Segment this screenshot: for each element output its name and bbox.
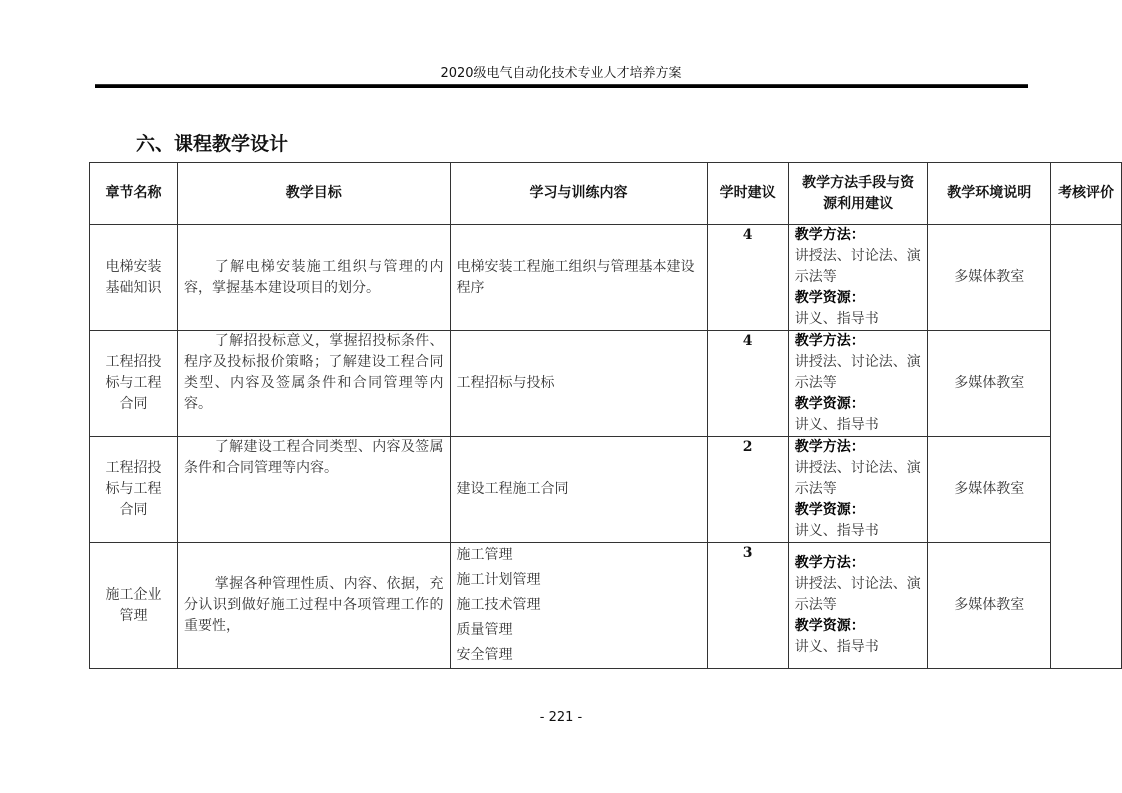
resource-value: 讲义、指导书	[795, 521, 922, 542]
section-title: 六、课程教学设计	[136, 129, 288, 156]
chapter-name-cell: 工程招投标与工程合同	[90, 437, 178, 543]
evaluation-cell	[1051, 225, 1122, 669]
table-row: 施工企业管理 掌握各种管理性质、内容、依据，充分认识到做好施工过程中各项管理工作…	[90, 543, 1122, 669]
method-label: 教学方法：	[795, 331, 922, 352]
resource-label: 教学资源：	[795, 394, 922, 415]
method-cell: 教学方法： 讲授法、讨论法、演示法等 教学资源： 讲义、指导书	[788, 543, 928, 669]
chapter-name-cell: 电梯安装基础知识	[90, 225, 178, 331]
goal-text: 掌握各种管理性质、内容、依据，充分认识到做好施工过程中各项管理工作的重要性，	[184, 574, 444, 637]
goal-text: 了解招投标意义，掌握招投标条件、程序及投标报价策略；了解建设工程合同类型、内容及…	[184, 331, 444, 415]
column-header-content: 学习与训练内容	[450, 163, 707, 225]
content-cell: 工程招标与投标	[450, 331, 707, 437]
content-item: 安全管理	[457, 643, 701, 668]
method-label: 教学方法：	[795, 225, 922, 246]
content-item: 施工技术管理	[457, 593, 701, 618]
course-design-table: 章节名称 教学目标 学习与训练内容 学时建议 教学方法手段与资源利用建议 教学环…	[89, 162, 1122, 669]
header-divider	[95, 84, 1028, 88]
goal-cell: 了解建设工程合同类型、内容及签属条件和合同管理等内容。	[177, 437, 450, 543]
goal-cell: 了解招投标意义，掌握招投标条件、程序及投标报价策略；了解建设工程合同类型、内容及…	[177, 331, 450, 437]
method-value: 讲授法、讨论法、演示法等	[795, 246, 922, 288]
content-item: 施工计划管理	[457, 568, 701, 593]
column-header-method: 教学方法手段与资源利用建议	[788, 163, 928, 225]
resource-label: 教学资源：	[795, 288, 922, 309]
method-cell: 教学方法： 讲授法、讨论法、演示法等 教学资源： 讲义、指导书	[788, 225, 928, 331]
resource-value: 讲义、指导书	[795, 309, 922, 330]
method-label: 教学方法：	[795, 437, 922, 458]
content-cell: 建设工程施工合同	[450, 437, 707, 543]
chapter-name-cell: 工程招投标与工程合同	[90, 331, 178, 437]
table-row: 工程招投标与工程合同 了解建设工程合同类型、内容及签属条件和合同管理等内容。 建…	[90, 437, 1122, 543]
hours-cell: 3	[707, 543, 788, 669]
method-value: 讲授法、讨论法、演示法等	[795, 574, 922, 616]
hours-cell: 4	[707, 331, 788, 437]
method-cell: 教学方法： 讲授法、讨论法、演示法等 教学资源： 讲义、指导书	[788, 331, 928, 437]
document-header-title: 2020级电气自动化技术专业人才培养方案	[0, 62, 1122, 81]
resource-value: 讲义、指导书	[795, 637, 922, 658]
content-item: 质量管理	[457, 618, 701, 643]
environment-cell: 多媒体教室	[928, 225, 1051, 331]
column-header-environment: 教学环境说明	[928, 163, 1051, 225]
content-item: 工程招标与投标	[457, 375, 555, 391]
chapter-name: 工程招投标与工程合同	[90, 458, 177, 521]
page-number: - 221 -	[0, 710, 1122, 725]
content-cell: 电梯安装工程施工组织与管理基本建设程序	[450, 225, 707, 331]
goal-text: 了解建设工程合同类型、内容及签属条件和合同管理等内容。	[184, 437, 444, 479]
environment-cell: 多媒体教室	[928, 331, 1051, 437]
environment-cell: 多媒体教室	[928, 437, 1051, 543]
table-row: 工程招投标与工程合同 了解招投标意义，掌握招投标条件、程序及投标报价策略；了解建…	[90, 331, 1122, 437]
hours-cell: 2	[707, 437, 788, 543]
method-value: 讲授法、讨论法、演示法等	[795, 458, 922, 500]
content-cell: 施工管理 施工计划管理 施工技术管理 质量管理 安全管理	[450, 543, 707, 669]
method-cell: 教学方法： 讲授法、讨论法、演示法等 教学资源： 讲义、指导书	[788, 437, 928, 543]
method-label: 教学方法：	[795, 553, 922, 574]
table-row: 电梯安装基础知识 了解电梯安装施工组织与管理的内容，掌握基本建设项目的划分。 电…	[90, 225, 1122, 331]
column-header-hours: 学时建议	[707, 163, 788, 225]
hours-cell: 4	[707, 225, 788, 331]
content-item: 建设工程施工合同	[457, 481, 569, 497]
goal-cell: 了解电梯安装施工组织与管理的内容，掌握基本建设项目的划分。	[177, 225, 450, 331]
chapter-name-cell: 施工企业管理	[90, 543, 178, 669]
resource-value: 讲义、指导书	[795, 415, 922, 436]
column-header-evaluation: 考核评价	[1051, 163, 1122, 225]
column-header-goal: 教学目标	[177, 163, 450, 225]
chapter-name: 工程招投标与工程合同	[90, 352, 177, 415]
content-item: 施工管理	[457, 543, 701, 568]
chapter-name: 电梯安装基础知识	[90, 257, 177, 299]
content-item: 电梯安装工程施工组织与管理基本建设程序	[457, 259, 695, 296]
goal-cell: 掌握各种管理性质、内容、依据，充分认识到做好施工过程中各项管理工作的重要性，	[177, 543, 450, 669]
resource-label: 教学资源：	[795, 500, 922, 521]
resource-label: 教学资源：	[795, 616, 922, 637]
goal-text: 了解电梯安装施工组织与管理的内容，掌握基本建设项目的划分。	[184, 257, 444, 299]
method-value: 讲授法、讨论法、演示法等	[795, 352, 922, 394]
table-header-row: 章节名称 教学目标 学习与训练内容 学时建议 教学方法手段与资源利用建议 教学环…	[90, 163, 1122, 225]
environment-cell: 多媒体教室	[928, 543, 1051, 669]
column-header-chapter: 章节名称	[90, 163, 178, 225]
chapter-name: 施工企业管理	[90, 585, 177, 627]
